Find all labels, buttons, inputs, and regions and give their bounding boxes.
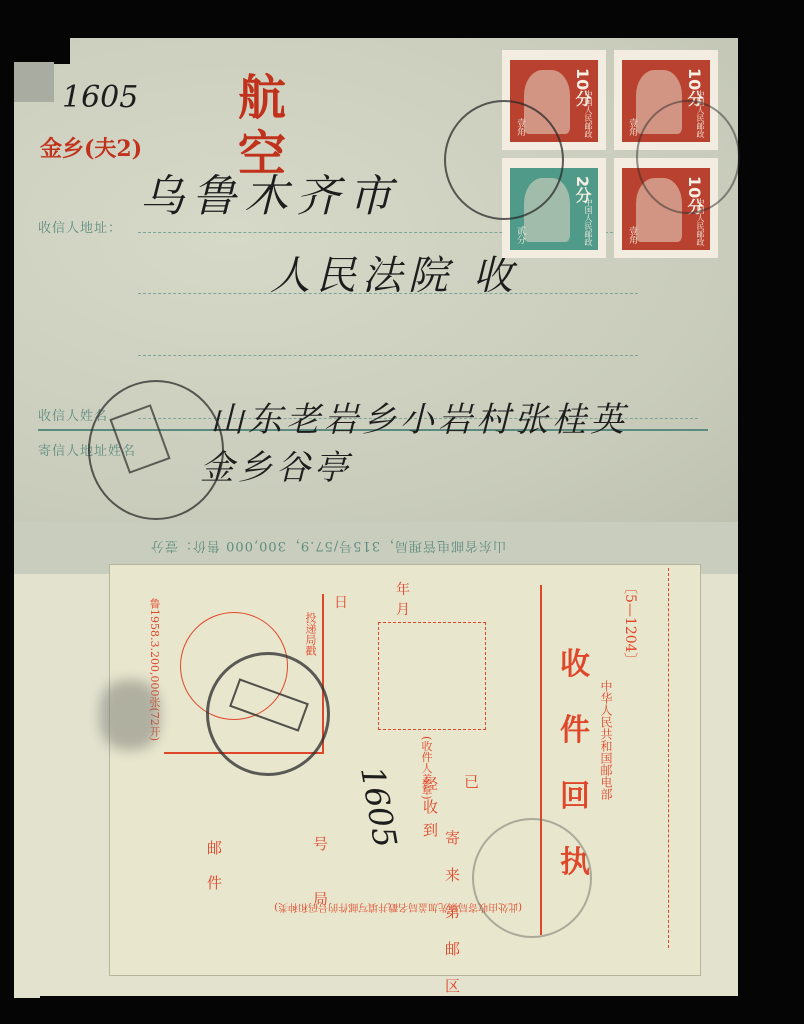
label-month: 月 — [396, 600, 410, 620]
ink-smudge — [100, 680, 160, 750]
stamp-unit: 贰分 — [514, 226, 527, 244]
address-line-3 — [138, 355, 638, 356]
stamp-unit: 壹角 — [626, 226, 639, 244]
torn-corner — [0, 38, 70, 64]
label-recipient-address: 收信人地址： — [38, 217, 122, 236]
sent-char: 寄 — [443, 830, 461, 867]
stamp-unit: 壹角 — [626, 118, 639, 136]
sent-char: 邮 — [443, 941, 461, 978]
receipt-postmark-faint — [472, 818, 592, 938]
torn-edge — [14, 62, 54, 102]
form-code: 〔5—1204〕 — [620, 580, 640, 667]
number-char: 号 — [311, 836, 329, 891]
issuer: 中华人民共和国邮电部 — [598, 680, 615, 800]
received-char: 收 — [421, 799, 439, 822]
sent-char: 来 — [443, 867, 461, 904]
instruction-note: (此处由收寄局预先加盖局名戳并填写邮件的号码和种类) — [212, 900, 522, 913]
mail-char: 邮 — [205, 840, 223, 875]
stamp-country: 中国人民邮政 — [583, 198, 594, 246]
label-year: 年 — [396, 580, 410, 600]
handwritten-city: 乌鲁木齐市 — [140, 160, 400, 224]
title-char: 回 — [560, 764, 590, 830]
postmark-stamp-cancel-2 — [636, 100, 740, 214]
label-day: 日 — [334, 592, 348, 612]
sent-from-text: 寄来第邮区 — [442, 830, 463, 1015]
perforation-line — [668, 568, 669, 948]
received-line: 经收到 — [420, 776, 441, 845]
number-office-text: 号局 — [310, 836, 331, 946]
handwritten-recipient: 山东老岩乡小岩村张桂英 — [210, 392, 628, 441]
airmail-char-1: 航 — [238, 70, 286, 126]
origin-chop: 金乡(夫2) — [40, 132, 142, 163]
date-labels: 年 月 — [396, 580, 410, 620]
delivery-label: 投递局戳 — [302, 612, 318, 656]
received-text: 已 — [460, 774, 482, 860]
signature-box — [378, 622, 486, 730]
title-char: 收 — [560, 632, 590, 698]
handwritten-court: 人民法院 收 — [270, 244, 519, 301]
torn-bottom-edge — [40, 996, 740, 1024]
title-char: 件 — [560, 698, 590, 764]
received-char: 经 — [421, 776, 439, 799]
postmark-stamp-cancel — [444, 100, 564, 220]
received-char: 到 — [421, 822, 439, 845]
printer-imprint: 山东省邮电管理局，315号/57.9，300,000 售价：壹分 — [150, 538, 506, 557]
handwritten-number: 1605 — [62, 80, 138, 115]
stamp-country: 中国人民邮政 — [583, 90, 594, 138]
received-char: 已 — [460, 774, 482, 854]
